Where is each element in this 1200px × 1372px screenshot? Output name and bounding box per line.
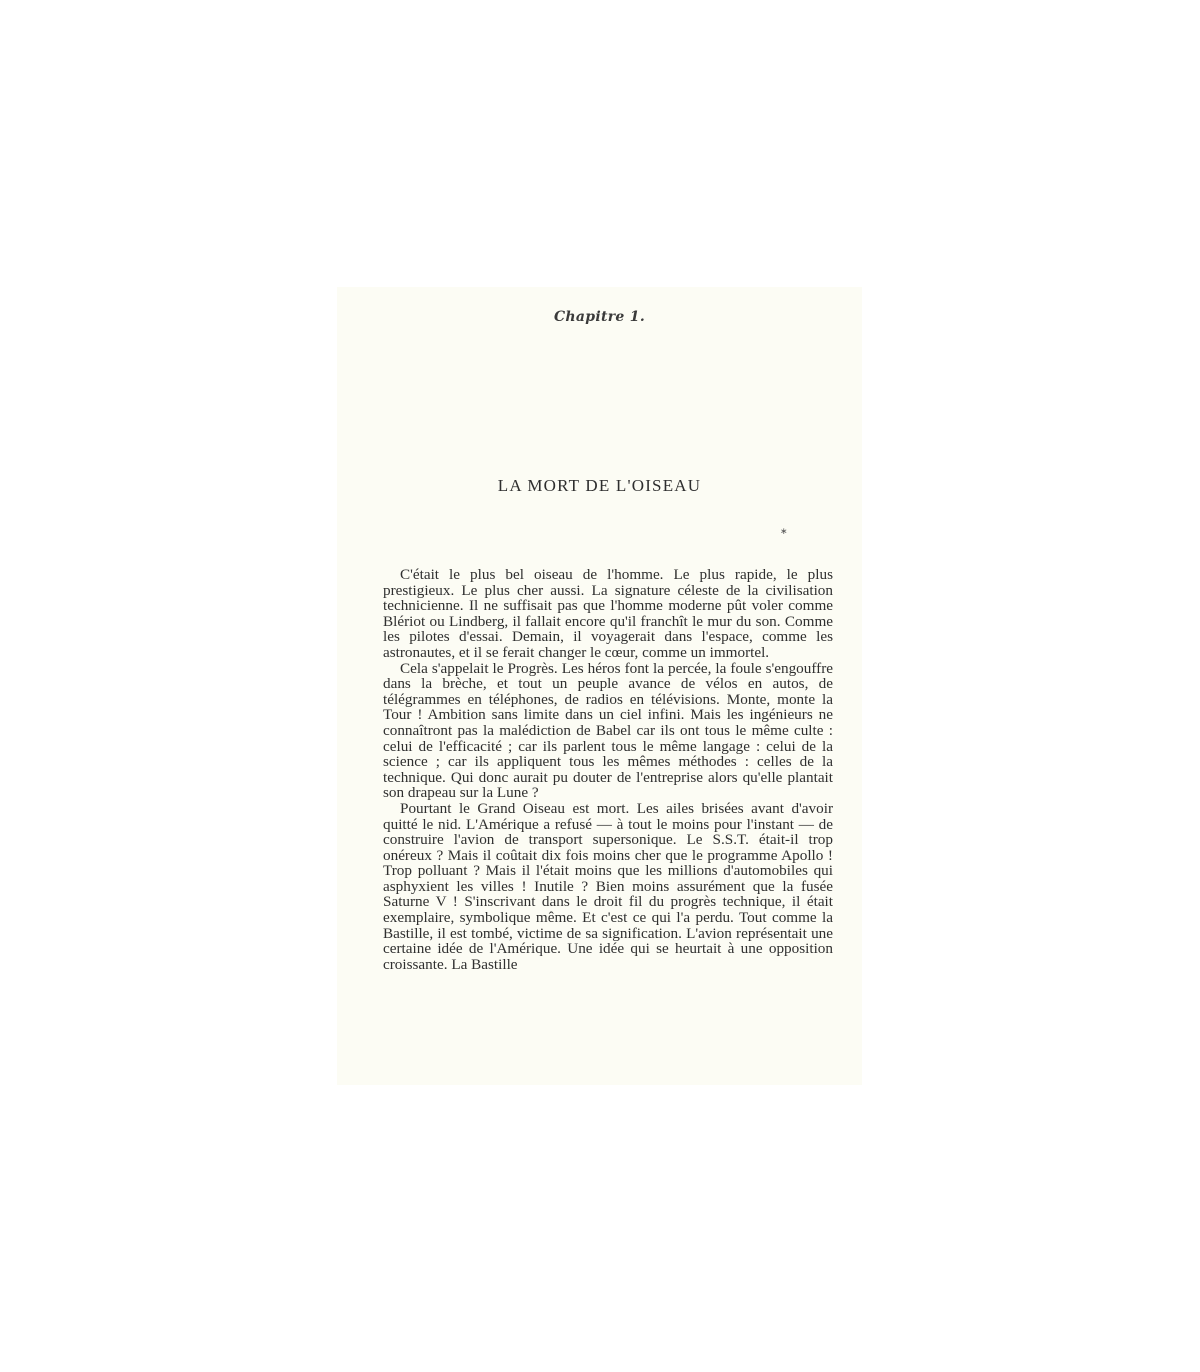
book-page: Chapitre 1. LA MORT DE L'OISEAU ∗ C'étai… xyxy=(337,287,862,1085)
chapter-label: Chapitre 1. xyxy=(337,309,862,325)
asterisk-icon: ∗ xyxy=(780,527,788,537)
paragraph: Pourtant le Grand Oiseau est mort. Les a… xyxy=(383,801,833,973)
paragraph: C'était le plus bel oiseau de l'homme. L… xyxy=(383,567,833,661)
chapter-title: LA MORT DE L'OISEAU xyxy=(337,476,862,496)
paragraph: Cela s'appelait le Progrès. Les héros fo… xyxy=(383,661,833,801)
chapter-body: C'était le plus bel oiseau de l'homme. L… xyxy=(383,567,833,972)
